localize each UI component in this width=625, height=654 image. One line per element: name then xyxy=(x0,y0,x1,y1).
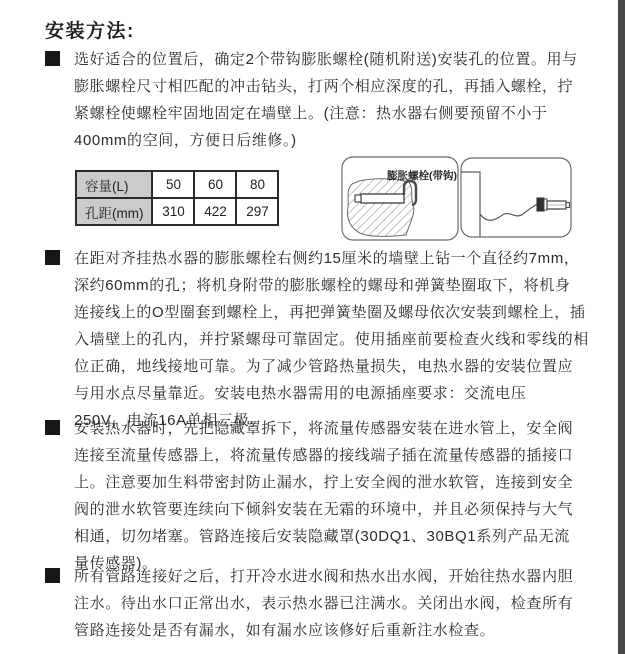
hole-distance-value: 422 xyxy=(194,198,236,225)
bolt-label: 膨胀螺栓(带钩) xyxy=(387,169,457,182)
bolt-nut xyxy=(537,198,544,211)
instruction-step-2: 在距对齐挂热水器的膨胀螺栓右侧约15厘米的墙壁上钻一个直径约7mm，深约60mm… xyxy=(45,245,614,434)
scan-edge-band xyxy=(618,0,625,654)
capacity-value: 80 xyxy=(236,171,278,198)
step-2-text: 在距对齐挂热水器的膨胀螺栓右侧约15厘米的墙壁上钻一个直径约7mm，深约60mm… xyxy=(74,245,614,434)
bullet-square-icon xyxy=(45,250,60,265)
instruction-step-1: 选好适合的位置后，确定2个带钩膨胀螺栓(随机附送)安装孔的位置。用与膨胀螺栓尺寸… xyxy=(45,46,614,154)
expansion-bolt-diagram: 膨胀螺栓(带钩) xyxy=(337,148,577,244)
instruction-step-3: 安装热水器时，先把隐藏罩拆下，将流量传感器安装在进水管上，安全阀连接至流量传感器… xyxy=(45,415,614,577)
capacity-hole-distance-table: 容量(L) 50 60 80 孔距(mm) 310 422 297 xyxy=(75,170,279,226)
table-row: 容量(L) 50 60 80 xyxy=(76,171,278,198)
bolt-with-cord-panel xyxy=(461,158,571,237)
bullet-square-icon xyxy=(45,51,60,66)
capacity-value: 50 xyxy=(152,171,194,198)
table-row: 孔距(mm) 310 422 297 xyxy=(76,198,278,225)
step-4-text: 所有管路连接好之后，打开冷水进水阀和热水出水阀，开始往热水器内胆注水。待出水口正… xyxy=(74,563,614,644)
bolt-tip xyxy=(566,203,570,208)
manual-page: 安装方法: 选好适合的位置后，确定2个带钩膨胀螺栓(随机附送)安装孔的位置。用与… xyxy=(0,0,625,654)
bullet-square-icon xyxy=(45,568,60,583)
bolt-in-wall-panel: 膨胀螺栓(带钩) xyxy=(342,157,458,240)
step-1-text: 选好适合的位置后，确定2个带钩膨胀螺栓(随机附送)安装孔的位置。用与膨胀螺栓尺寸… xyxy=(74,46,614,154)
hole-distance-value: 297 xyxy=(236,198,278,225)
bolt-cap xyxy=(355,195,361,202)
instruction-step-4: 所有管路连接好之后，打开冷水进水阀和热水出水阀，开始往热水器内胆注水。待出水口正… xyxy=(45,563,614,644)
bolt-shaft xyxy=(361,194,404,203)
step-3-text: 安装热水器时，先把隐藏罩拆下，将流量传感器安装在进水管上，安全阀连接至流量传感器… xyxy=(74,415,614,577)
hole-distance-value: 310 xyxy=(152,198,194,225)
row-header-hole-distance: 孔距(mm) xyxy=(76,198,152,225)
capacity-value: 60 xyxy=(194,171,236,198)
row-header-capacity: 容量(L) xyxy=(76,171,152,198)
page-title: 安装方法: xyxy=(45,16,135,43)
bullet-square-icon xyxy=(45,420,60,435)
